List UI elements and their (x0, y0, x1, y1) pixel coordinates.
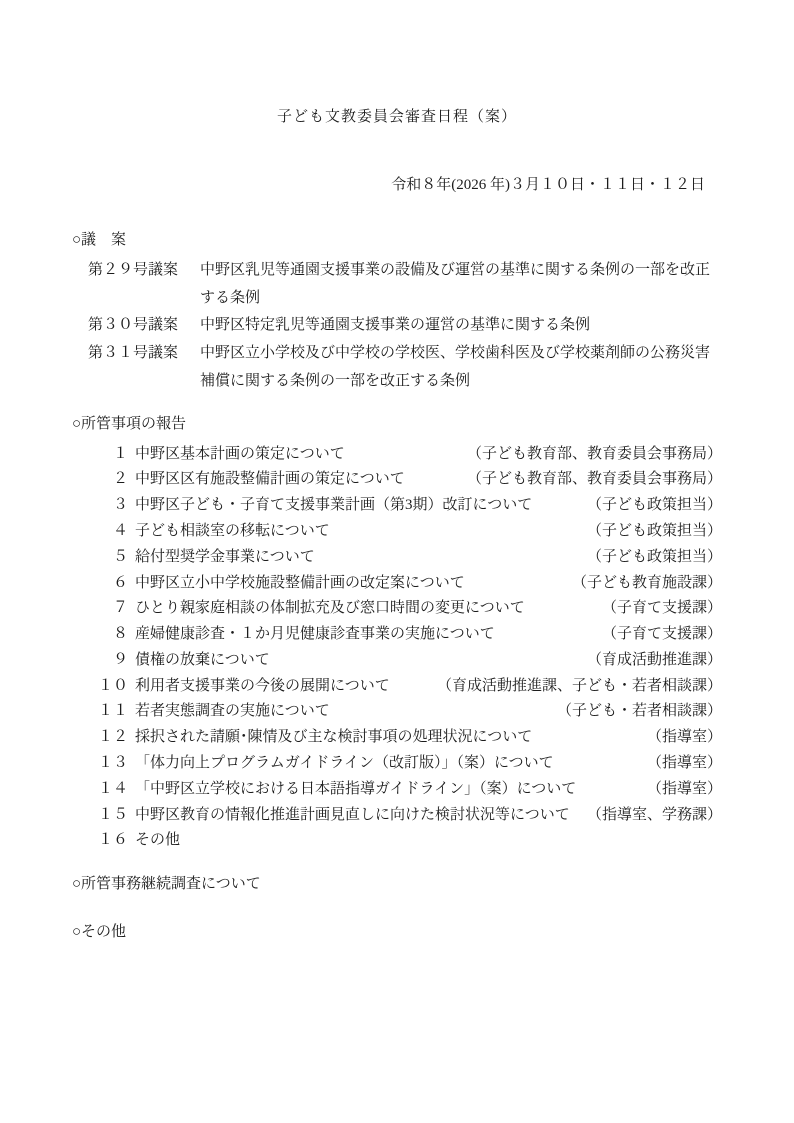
report-title: 中野区区有施設整備計画の策定について (135, 467, 405, 493)
report-title: 給付型奨学金事業について (135, 545, 315, 571)
bill-row: 第３０号議案 中野区特定乳児等通園支援事業の運営の基準に関する条例 (88, 312, 722, 340)
document-title: 子ども文教委員会審査日程（案） (72, 106, 722, 128)
section-heading-reports: ○所管事項の報告 (72, 413, 722, 435)
report-row: １４ 「中野区立学校における日本語指導ガイドライン」（案）について （指導室） (88, 777, 722, 803)
report-department: （子ども教育部、教育委員会事務局） (459, 467, 722, 493)
report-row: ７ ひとり親家庭相談の体制拡充及び窓口時間の変更について （子育て支援課） (88, 596, 722, 622)
bills-section: 第２９号議案 中野区乳児等通園支援事業の設備及び運営の基準に関する条例の一部を改… (72, 257, 722, 396)
report-department (714, 828, 722, 854)
report-number: ２ (88, 467, 128, 493)
report-row: ２ 中野区区有施設整備計画の策定について （子ども教育部、教育委員会事務局） (88, 467, 722, 493)
bill-title: 中野区特定乳児等通園支援事業の運営の基準に関する条例 (200, 312, 722, 340)
bill-title: 中野区乳児等通園支援事業の設備及び運営の基準に関する条例の一部を改正 (200, 257, 722, 285)
bill-number-label: 第２９号議案 (88, 257, 184, 285)
report-number: １ (88, 442, 128, 468)
report-row: １０ 利用者支援事業の今後の展開について （育成活動推進課、子ども・若者相談課） (88, 674, 722, 700)
report-title: 中野区教育の情報化推進計画見直しに向けた検討状況等について (135, 803, 570, 829)
report-department: （子ども政策担当） (579, 493, 722, 519)
report-row: ４ 子ども相談室の移転について （子ども政策担当） (88, 519, 722, 545)
bill-title-continuation: する条例 (200, 285, 722, 313)
report-department: （子ども政策担当） (579, 545, 722, 571)
report-number: １０ (88, 674, 128, 700)
bill-title-continuation: 補償に関する条例の一部を改正する条例 (200, 368, 722, 396)
report-number: ５ (88, 545, 128, 571)
report-department: （育成活動推進課、子ども・若者相談課） (429, 674, 722, 700)
report-row: １ 中野区基本計画の策定について （子ども教育部、教育委員会事務局） (88, 442, 722, 468)
report-number: ３ (88, 493, 128, 519)
report-number: １２ (88, 725, 128, 751)
report-number: ７ (88, 596, 128, 622)
report-number: １１ (88, 699, 128, 725)
report-number: ９ (88, 648, 128, 674)
bill-number-label: 第３０号議案 (88, 312, 184, 340)
report-number: ６ (88, 571, 128, 597)
report-number: ８ (88, 622, 128, 648)
report-department: （指導室） (639, 751, 722, 777)
report-title: 「体力向上プログラムガイドライン（改訂版）」（案）について (135, 751, 554, 777)
report-row: １１ 若者実態調査の実施について （子ども・若者相談課） (88, 699, 722, 725)
report-title: 中野区基本計画の策定について (135, 442, 345, 468)
report-department: （指導室） (639, 725, 722, 751)
report-row: １５ 中野区教育の情報化推進計画見直しに向けた検討状況等について （指導室、学務… (88, 803, 722, 829)
bill-row: 第２９号議案 中野区乳児等通園支援事業の設備及び運営の基準に関する条例の一部を改… (88, 257, 722, 285)
report-department: （子ども教育施設課） (564, 571, 722, 597)
report-row: １２ 採択された請願･陳情及び主な検討事項の処理状況について （指導室） (88, 725, 722, 751)
report-title: 債権の放棄について (135, 648, 270, 674)
report-title: 子ども相談室の移転について (135, 519, 330, 545)
report-department: （子ども教育部、教育委員会事務局） (459, 442, 722, 468)
report-row: ８ 産婦健康診査・１か月児健康診査事業の実施について （子育て支援課） (88, 622, 722, 648)
report-department: （指導室） (639, 777, 722, 803)
report-title: 「中野区立学校における日本語指導ガイドライン」（案）について (135, 777, 576, 803)
report-number: １３ (88, 751, 128, 777)
bill-title: 中野区立小学校及び中学校の学校医、学校歯科医及び学校薬剤師の公務災害 (200, 340, 722, 368)
report-department: （子ども・若者相談課） (549, 699, 722, 725)
report-title: 中野区立小中学校施設整備計画の改定案について (135, 571, 465, 597)
report-row: １３ 「体力向上プログラムガイドライン（改訂版）」（案）について （指導室） (88, 751, 722, 777)
report-title: 産婦健康診査・１か月児健康診査事業の実施について (135, 622, 495, 648)
report-department: （子育て支援課） (594, 596, 722, 622)
report-row: ６ 中野区立小中学校施設整備計画の改定案について （子ども教育施設課） (88, 571, 722, 597)
report-title: 利用者支援事業の今後の展開について (135, 674, 390, 700)
report-row: ５ 給付型奨学金事業について （子ども政策担当） (88, 545, 722, 571)
report-number: １５ (88, 803, 128, 829)
section-heading-continuation: ○所管事務継続調査について (72, 873, 722, 895)
report-number: １６ (88, 828, 128, 854)
document-page: 子ども文教委員会審査日程（案） 令和８年(2026 年)３月１０日・１１日・１２… (0, 0, 794, 1123)
report-title: ひとり親家庭相談の体制拡充及び窓口時間の変更について (135, 596, 525, 622)
report-department: （子育て支援課） (594, 622, 722, 648)
bill-row: 第３１号議案 中野区立小学校及び中学校の学校医、学校歯科医及び学校薬剤師の公務災… (88, 340, 722, 368)
report-row: ３ 中野区子ども・子育て支援事業計画（第3期）改訂について （子ども政策担当） (88, 493, 722, 519)
report-title: 採択された請願･陳情及び主な検討事項の処理状況について (135, 725, 532, 751)
report-department: （指導室、学務課） (579, 803, 722, 829)
report-department: （子ども政策担当） (579, 519, 722, 545)
report-row: １６ その他 (88, 828, 722, 854)
report-title: 若者実態調査の実施について (135, 699, 330, 725)
bill-number-label: 第３１号議案 (88, 340, 184, 368)
section-heading-bills: ○議 案 (72, 229, 722, 251)
reports-section: １ 中野区基本計画の策定について （子ども教育部、教育委員会事務局） ２ 中野区… (72, 442, 722, 855)
report-number: １４ (88, 777, 128, 803)
report-number: ４ (88, 519, 128, 545)
document-date: 令和８年(2026 年)３月１０日・１１日・１２日 (72, 174, 722, 196)
report-row: ９ 債権の放棄について （育成活動推進課） (88, 648, 722, 674)
report-title: その他 (135, 828, 180, 854)
report-department: （育成活動推進課） (579, 648, 722, 674)
report-title: 中野区子ども・子育て支援事業計画（第3期）改訂について (135, 493, 532, 519)
section-heading-other: ○その他 (72, 921, 722, 943)
